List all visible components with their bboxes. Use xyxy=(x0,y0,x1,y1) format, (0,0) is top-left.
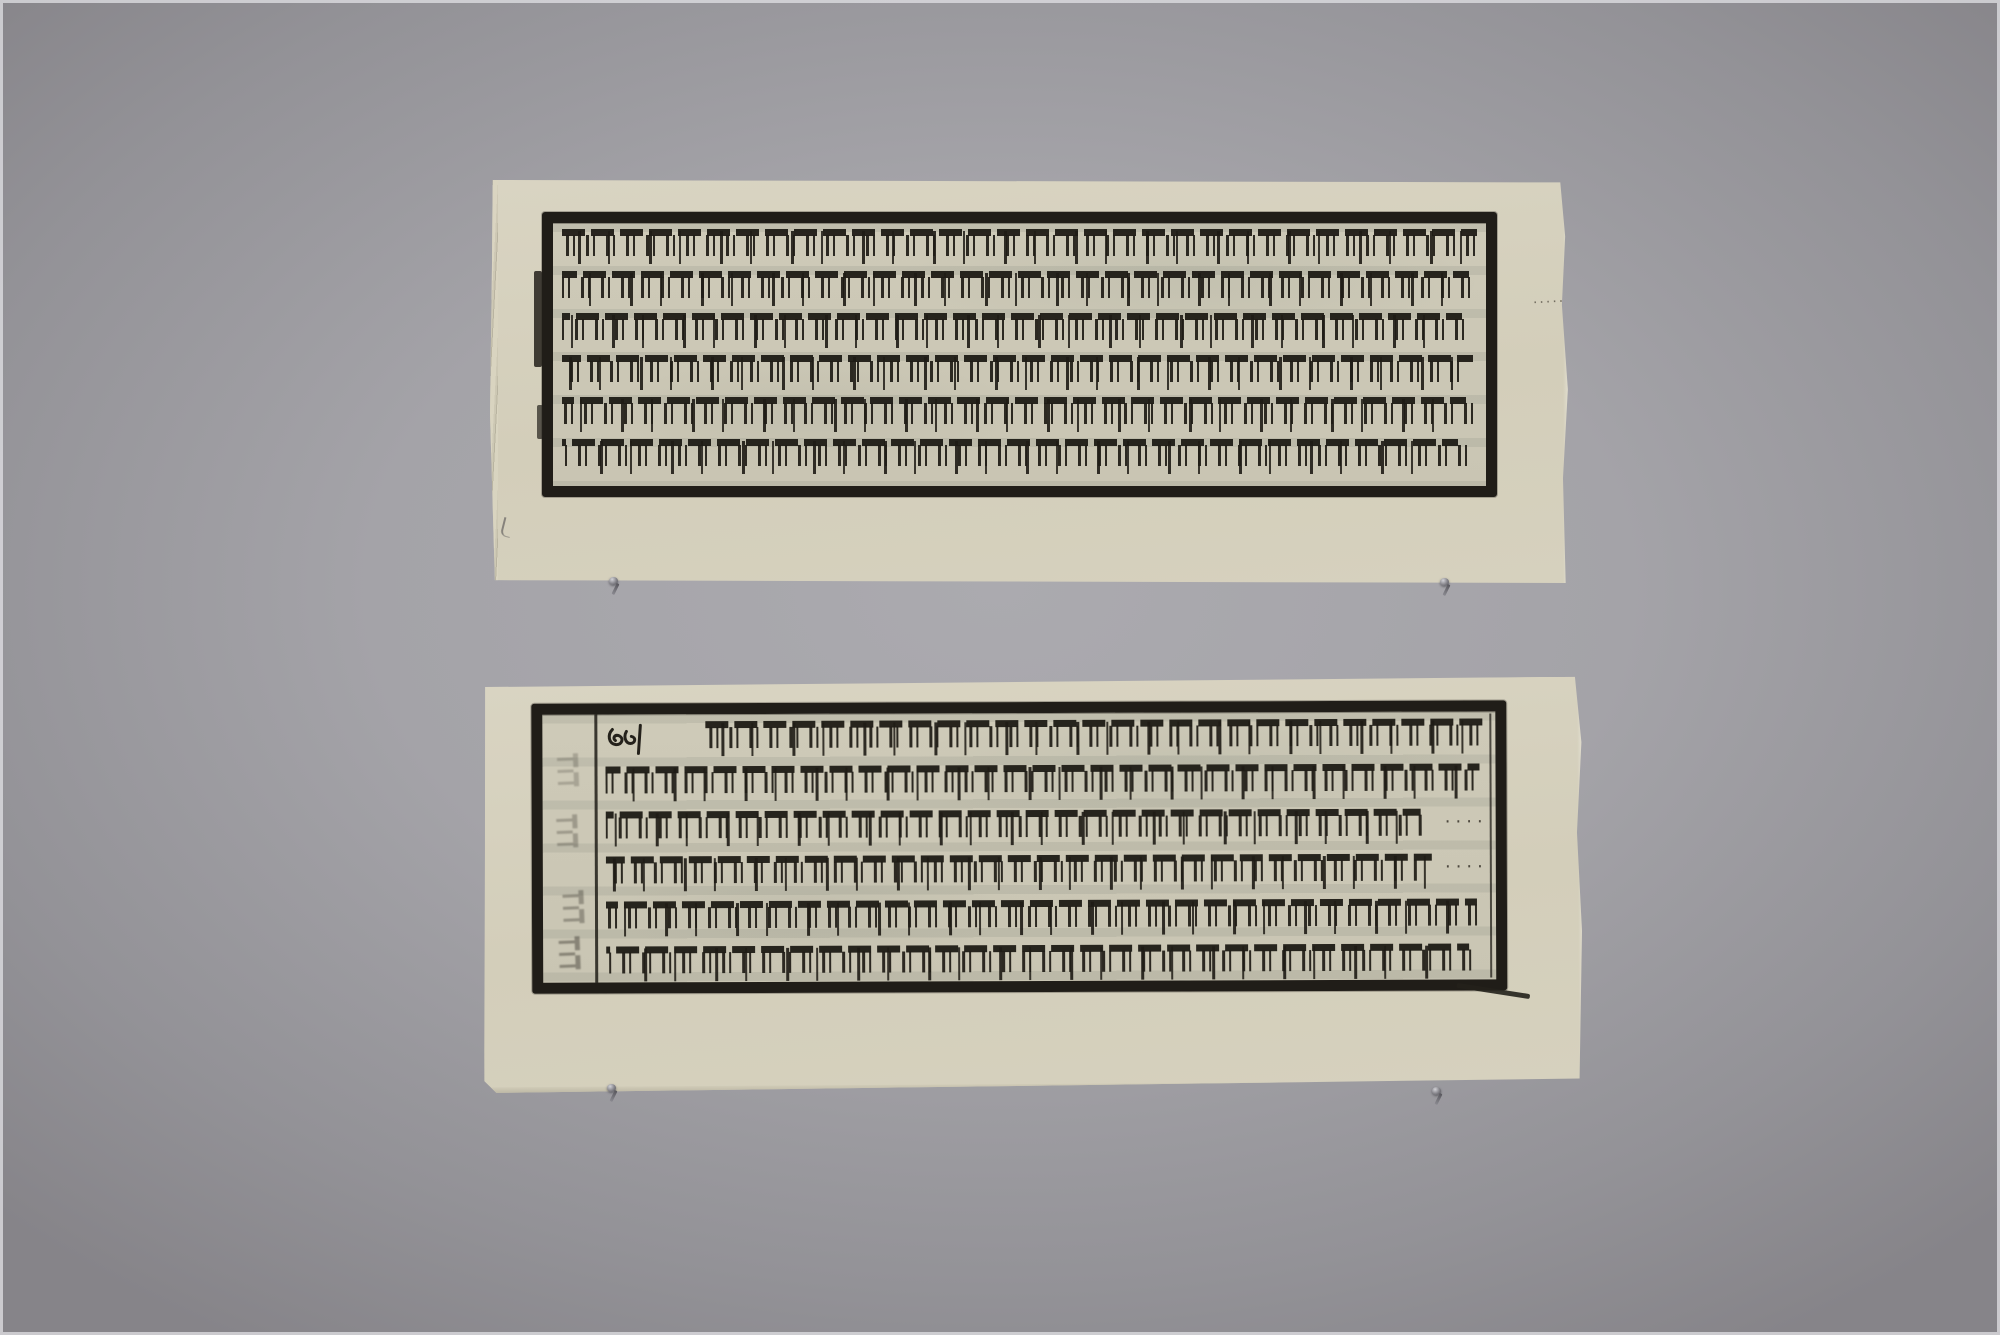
tibetan-text: །མིང་གསུངས་ནས་འདུག་ཟེར་བ་ནི་ཐོས། མིག་གིས… xyxy=(705,717,1487,758)
under-leaf-edge xyxy=(490,1081,1576,1094)
mounting-pin xyxy=(607,577,621,596)
tibetan-text: ཁྱོད་དུ་བཏང་བས། བསད་པའི་ཤུལ་ནི་མི་འདུག །… xyxy=(562,396,1477,433)
dotted-leader: ···· xyxy=(1436,852,1488,890)
margin-title-smudge xyxy=(549,890,584,925)
mounting-pin xyxy=(1430,1087,1444,1106)
bottom-folio: ༄༅། །མིང་གསུངས་ནས་འདུག་ཟེར་བ་ནི་ཐོས། མིག… xyxy=(482,677,1586,1094)
deckle-edge xyxy=(1577,677,1587,1087)
tibetan-text: བ་ཤད་པ་ཞིད་མ་བཅའ་ཡིན་པའི་སྟ་བུ་ཀྱིས་ཡིན་… xyxy=(606,853,1436,894)
text-line: ཁྱོད་དུ་བཏང་བས། བསད་པའི་ཤུལ་ནི་མི་འདུག །… xyxy=(562,396,1477,433)
tibetan-text: བོན་གེས་ཕྱག་འཚལ་བྱེན་རྣ་བླ་ལུས་ནས། ཁོང་ར… xyxy=(562,228,1477,265)
text-line: འབྱོར་མ་དེ་མཚར་ཆེ་ཟེར་ནས། ཕྱག་ནས་བཟུང་སྟ… xyxy=(606,897,1488,938)
text-line: མཛད་པས། ཨ་པོན་གོས་ཚེ་སྨད་དུ་སོ་འཁོར་བདེ་… xyxy=(605,762,1487,803)
text-line: བའི་སྤུ་ཅུས་མོ་ཡིན་པར་རིག་ནས། རྣལ་འབྱོར་… xyxy=(606,807,1488,848)
tibetan-text: མྱ་ངན་སེལ་བའི་ཚེས་ཤིག་གནང་ན་ཅིས་རུང་། ཁྱ… xyxy=(562,312,1477,349)
stacked-leaf-edges xyxy=(490,180,498,583)
bottom-folio-text-block: ༄༅། །མིང་གསུངས་ནས་འདུག་ཟེར་བ་ནི་ཐོས། མིག… xyxy=(597,711,1496,982)
mounting-pin xyxy=(1438,578,1452,597)
text-line: འདུག་གི་ཏོམ་ཐོས་སོ། ཡང་ན་འདིར་འདུག་སྙན་ག… xyxy=(562,438,1477,475)
tibetan-text: རྣམ་ཞིབ་པར་ཞུས་པས། རྣལ་འབྱོར་མས་ཁྱེད་རྣམ… xyxy=(606,942,1488,983)
tibetan-text: བའི་སྤུ་ཅུས་མོ་ཡིན་པར་རིག་ནས། རྣལ་འབྱོར་… xyxy=(606,808,1436,849)
mounting-pin xyxy=(605,1084,619,1103)
deckle-edge xyxy=(1563,180,1570,583)
tibetan-text: འབྱོར་མ་དེ་མཚར་ཆེ་ཟེར་ནས། ཕྱག་ནས་བཟུང་སྟ… xyxy=(606,897,1488,938)
text-line: བ་ཤད་པ་ཞིད་མ་བཅའ་ཡིན་པའི་སྟ་བུ་ཀྱིས་ཡིན་… xyxy=(606,852,1488,893)
text-line: མོ་ག་ཟུགས་ཀྱི་ཉི་མ་ཟེར་བ་ཞིག་ཡོད་པ་དེ། ཇ… xyxy=(562,354,1477,391)
text-line: ཕུལ་ཏེ་བདེ་སྐྱིད་ཅེས་ཞུས་སོ། །རྣལ་འབྱོར་… xyxy=(562,270,1477,307)
bottom-folio-printed-frame: ༄༅། །མིང་གསུངས་ནས་འདུག་ཟེར་བ་ནི་ཐོས། མིག… xyxy=(531,700,1507,993)
tibetan-text: མཛད་པས། ཨ་པོན་གོས་ཚེ་སྨད་དུ་སོ་འཁོར་བདེ་… xyxy=(605,762,1487,803)
pencil-mark xyxy=(500,517,514,538)
margin-title-column xyxy=(542,715,598,983)
yig-mgo-ornament: ༄༅། xyxy=(605,720,647,758)
margin-title-smudge xyxy=(555,814,578,849)
text-line: རྣམ་ཞིབ་པར་ཞུས་པས། རྣལ་འབྱོར་མས་ཁྱེད་རྣམ… xyxy=(606,942,1488,983)
dotted-leader: ···· xyxy=(1436,807,1488,845)
tibetan-text: ཕུལ་ཏེ་བདེ་སྐྱིད་ཅེས་ཞུས་སོ། །རྣལ་འབྱོར་… xyxy=(562,270,1477,307)
text-line: མྱ་ངན་སེལ་བའི་ཚེས་ཤིག་གནང་ན་ཅིས་རུང་། ཁྱ… xyxy=(562,312,1477,349)
tibetan-text: འདུག་གི་ཏོམ་ཐོས་སོ། ཡང་ན་འདིར་འདུག་སྙན་ག… xyxy=(562,438,1477,475)
tibetan-text: མོ་ག་ཟུགས་ཀྱི་ཉི་མ་ཟེར་བ་ཞིག་ཡོད་པ་དེ། ཇ… xyxy=(562,354,1477,391)
margin-title-smudge xyxy=(554,753,579,788)
head-indent xyxy=(647,720,705,758)
text-line: ༄༅། །མིང་གསུངས་ནས་འདུག་ཟེར་བ་ནི་ཐོས། མིག… xyxy=(605,717,1487,758)
text-line: བོན་གེས་ཕྱག་འཚལ་བྱེན་རྣ་བླ་ལུས་ནས། ཁོང་ར… xyxy=(562,228,1477,265)
photo-background: བོན་གེས་ཕྱག་འཚལ་བྱེན་རྣ་བླ་ལུས་ནས། ཁོང་ར… xyxy=(0,0,2000,1335)
top-folio-printed-frame: བོན་གེས་ཕྱག་འཚལ་བྱེན་རྣ་བླ་ལུས་ནས། ཁོང་ར… xyxy=(542,212,1497,497)
top-folio-text-block: བོན་གེས་ཕྱག་འཚལ་བྱེན་རྣ་བླ་ལུས་ནས། ཁོང་ར… xyxy=(562,228,1477,475)
top-folio: བོན་གེས་ཕྱག་འཚལ་བྱེན་རྣ་བླ་ལུས་ནས། ཁོང་ར… xyxy=(490,180,1570,583)
right-margin-dots: ····· xyxy=(1533,293,1584,312)
margin-title-smudge xyxy=(553,936,580,971)
